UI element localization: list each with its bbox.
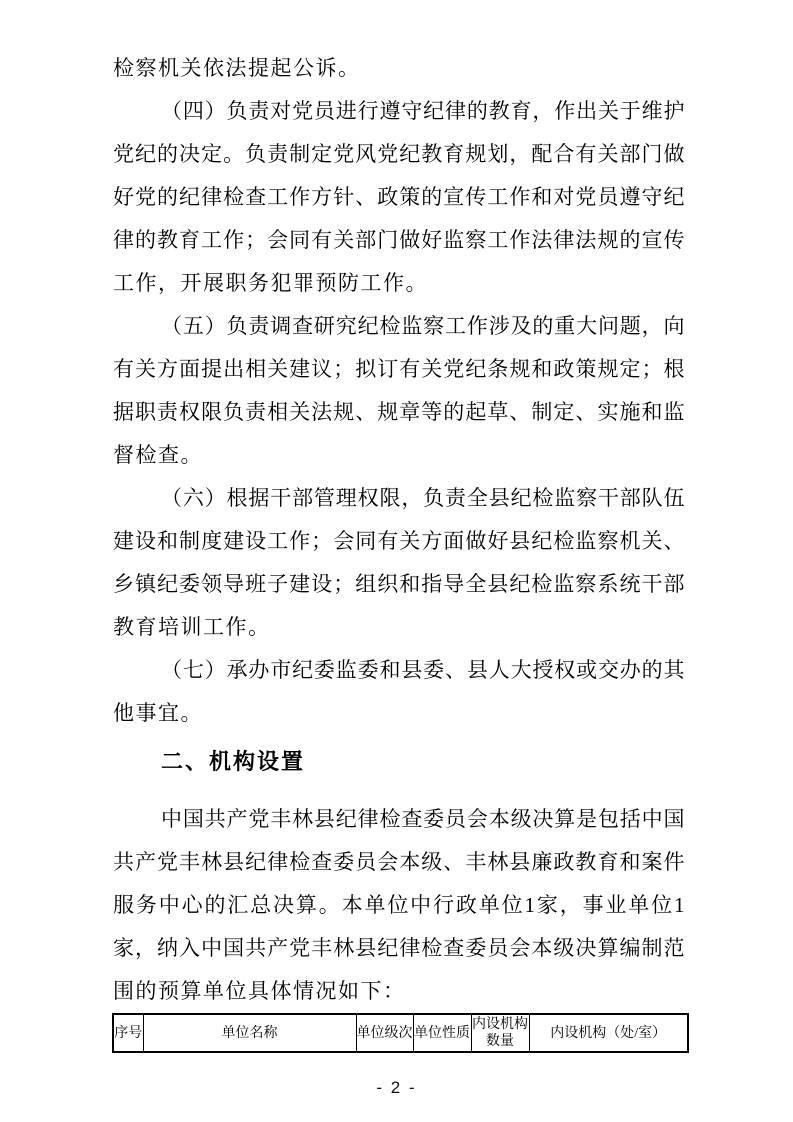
budget-units-table: 序号 单位名称 单位级次 单位性质 内设机构数量 内设机构（处/室） bbox=[112, 1013, 689, 1053]
text-line: 教育培训工作。 bbox=[113, 606, 685, 649]
text-line: 共产党丰林县纪律检查委员会本级、丰林县廉政教育和案件 bbox=[113, 841, 685, 884]
col-header-unit-type: 单位性质 bbox=[413, 1014, 471, 1052]
document-body: 检察机关依法提起公诉。 （四）负责对党员进行遵守纪律的教育，作出关于维护 党纪的… bbox=[113, 47, 685, 1013]
text-line: 建设和制度建设工作；会同有关方面做好县纪检监察机关、 bbox=[113, 520, 685, 563]
text-line: 据职责权限负责相关法规、规章等的起草、制定、实施和监 bbox=[113, 391, 685, 434]
text-line: 乡镇纪委领导班子建设；组织和指导全县纪检监察系统干部 bbox=[113, 563, 685, 606]
paragraph-org-setup: 中国共产党丰林县纪律检查委员会本级决算是包括中国 共产党丰林县纪律检查委员会本级… bbox=[113, 798, 685, 1013]
text-line: 服务中心的汇总决算。本单位中行政单位1家，事业单位1 bbox=[113, 884, 685, 927]
text-line: （六）根据干部管理权限，负责全县纪检监察干部队伍 bbox=[113, 477, 685, 520]
text-line: 家，纳入中国共产党丰林县纪律检查委员会本级决算编制范 bbox=[113, 927, 685, 970]
table-header-row: 序号 单位名称 单位级次 单位性质 内设机构数量 内设机构（处/室） bbox=[113, 1014, 688, 1052]
text-line: （四）负责对党员进行遵守纪律的教育，作出关于维护 bbox=[113, 90, 685, 133]
text-line: （七）承办市纪委监委和县委、县人大授权或交办的其 bbox=[113, 649, 685, 692]
col-header-serial-number: 序号 bbox=[113, 1014, 143, 1052]
text-line: （五）负责调查研究纪检监察工作涉及的重大问题，向 bbox=[113, 305, 685, 348]
section-heading: 二、机构设置 bbox=[113, 740, 685, 783]
document-page: 检察机关依法提起公诉。 （四）负责对党员进行遵守纪律的教育，作出关于维护 党纪的… bbox=[0, 0, 793, 1122]
text-line: 督检查。 bbox=[113, 434, 685, 477]
col-header-internal-orgs: 内设机构（处/室） bbox=[529, 1014, 688, 1052]
col-header-unit-level: 单位级次 bbox=[356, 1014, 413, 1052]
text-line: 律的教育工作；会同有关部门做好监察工作法律法规的宣传 bbox=[113, 219, 685, 262]
paragraph-item-5: （五）负责调查研究纪检监察工作涉及的重大问题，向 有关方面提出相关建议；拟订有关… bbox=[113, 305, 685, 477]
text-line: 中国共产党丰林县纪律检查委员会本级决算是包括中国 bbox=[113, 798, 685, 841]
paragraph-item-7: （七）承办市纪委监委和县委、县人大授权或交办的其 他事宜。 bbox=[113, 649, 685, 735]
text-line: 检察机关依法提起公诉。 bbox=[113, 47, 685, 90]
paragraph-continuation: 检察机关依法提起公诉。 bbox=[113, 47, 685, 90]
paragraph-item-4: （四）负责对党员进行遵守纪律的教育，作出关于维护 党纪的决定。负责制定党风党纪教… bbox=[113, 90, 685, 305]
text-line: 有关方面提出相关建议；拟订有关党纪条规和政策规定；根 bbox=[113, 348, 685, 391]
paragraph-item-6: （六）根据干部管理权限，负责全县纪检监察干部队伍 建设和制度建设工作；会同有关方… bbox=[113, 477, 685, 649]
col-header-internal-org-count: 内设机构数量 bbox=[471, 1014, 529, 1052]
text-line: 好党的纪律检查工作方针、政策的宣传工作和对党员遵守纪 bbox=[113, 176, 685, 219]
page-number: - 2 - bbox=[0, 1078, 793, 1098]
text-line: 他事宜。 bbox=[113, 692, 685, 735]
text-line: 党纪的决定。负责制定党风党纪教育规划，配合有关部门做 bbox=[113, 133, 685, 176]
text-line: 工作，开展职务犯罪预防工作。 bbox=[113, 262, 685, 305]
col-header-unit-name: 单位名称 bbox=[143, 1014, 356, 1052]
text-line: 围的预算单位具体情况如下： bbox=[113, 970, 685, 1013]
